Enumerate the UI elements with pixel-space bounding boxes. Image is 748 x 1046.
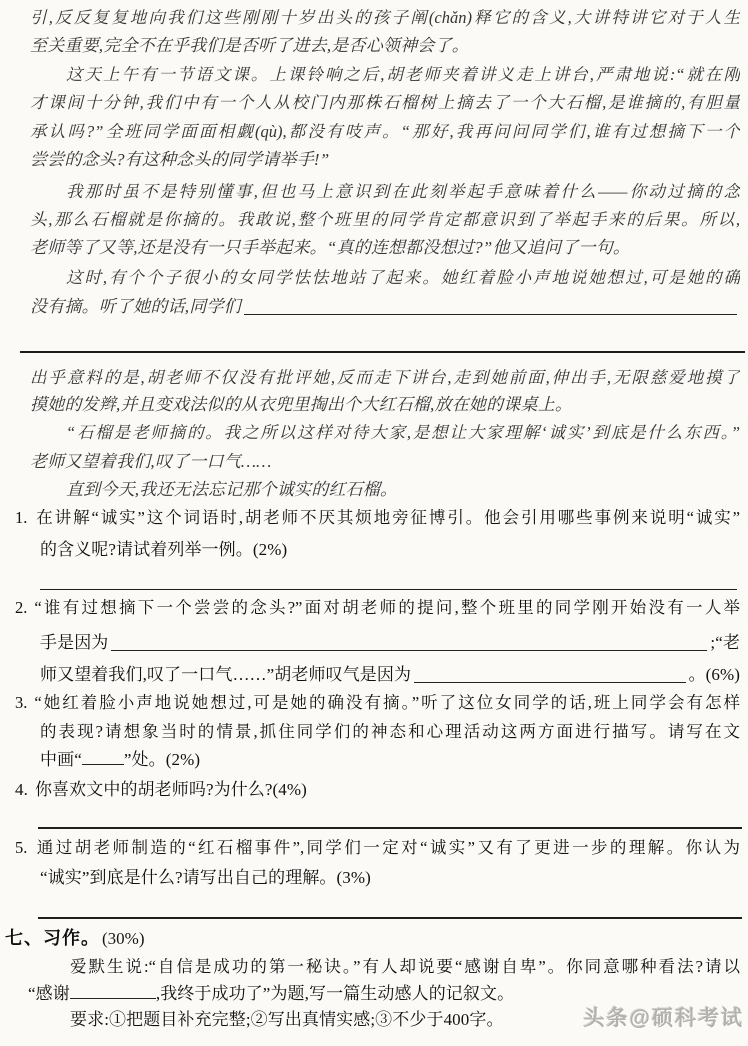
essay-text: ,我终于成功了”为题,写一篇生动感人的记叙文。 [156,984,514,1003]
question-3-line-2: 的表现?请想象当时的情景,抓住同学们的神态和心理活动这两方面进行描写。请写在文 [40,718,740,746]
passage-line: 出乎意料的是,胡老师不仅没有批评她,反而走下讲台,走到她前面,伸出手,无限慈爱地… [30,364,740,392]
fill-in-blank [82,763,124,765]
question-text: “她红着脸小声地说她想过,可是她的确没有摘。”听了这位女同学的话,班上同学会有怎… [34,693,740,712]
question-2-line-3: 师又望着我们,叹了一口气……”胡老师叹气是因为 。(6%) [40,661,740,689]
watermark: 头条@硕科考试 [584,1002,744,1032]
passage-line: 尝尝的念头?有这种念头的同学请举手!” [30,146,329,174]
section-7-heading: 七、习作。(30%) [5,923,144,953]
question-1-line-2: 的含义呢?请试着列举一例。(2%) [40,536,287,564]
question-text: 师又望着我们,叹了一口气……”胡老师叹气是因为 [40,661,411,689]
question-3-line-1: 3.“她红着脸小声地说她想过,可是她的确没有摘。”听了这位女同学的话,班上同学会… [15,689,740,717]
question-text: 你喜欢文中的胡老师吗?为什么?(4%) [35,780,307,799]
answer-line [38,917,742,919]
answer-line [20,351,745,353]
question-1-line-1: 1.在讲解“诚实”这个词语时,胡老师不厌其烦地旁征博引。他会引用哪些事例来说明“… [15,504,740,532]
question-text: ;“老 [710,629,740,657]
question-text: 在讲解“诚实”这个词语时,胡老师不厌其烦地旁征博引。他会引用哪些事例来说明“诚实… [34,508,740,527]
passage-line: 引,反反复复地向我们这些刚刚十岁出头的孩子阐(chǎn)释它的含义,大讲特讲它对… [30,4,740,32]
question-3-line-3: 中画“”处。(2%) [40,746,200,774]
passage-line: 老师又望着我们,叹了一口气…… [30,448,271,476]
passage-line: 直到今天,我还无法忘记那个诚实的红石榴。 [66,476,397,504]
fill-in-blank [70,997,156,999]
question-number: 5. [15,838,34,857]
question-number: 2. [15,598,34,617]
passage-line: 这天上午有一节语文课。上课铃响之后,胡老师夹着讲义走上讲台,严肃地说:“就在刚 [66,61,740,89]
passage-line: 头,那么石榴就是你摘的。我敢说,整个班里的同学肯定都意识到了举起手来的后果。所以… [30,206,740,234]
passage-line: 至关重要,完全不在乎我们是否听了进去,是否心领神会了。 [30,32,469,60]
essay-text: “感谢 [28,984,70,1003]
passage-line: “石榴是老师摘的。我之所以这样对待大家,是想让大家理解‘诚实’到底是什么东西。” [66,419,740,447]
section-title: 七、习作。 [5,928,100,948]
essay-prompt-line-1: 爱默生说:“自信是成功的第一秘诀。”有人却说要“感谢自卑”。你同意哪种看法?请以 [70,953,740,981]
section-score: (30%) [100,929,144,948]
passage-line: 才课间十分钟,我们中有一个人从校门内那株石榴树上摘去了一个大石榴,是谁摘的,有胆… [30,89,740,117]
essay-prompt-line-2: “感谢,我终于成功了”为题,写一篇生动感人的记叙文。 [28,980,514,1008]
fill-in-blank [414,682,685,683]
answer-line [38,827,742,829]
question-4-line-1: 4.你喜欢文中的胡老师吗?为什么?(4%) [15,776,307,804]
answer-line [40,589,737,590]
question-text: 手是因为 [40,629,108,657]
fill-in-blank [111,650,707,651]
passage-line: 老师等了又等,还是没有一只手举起来。“真的连想都没想过?”他又追问了一句。 [30,234,630,262]
fill-in-blank [244,314,737,315]
question-text: ”处。(2%) [124,750,200,769]
question-number: 4. [15,780,35,799]
question-number: 3. [15,693,34,712]
question-text: “谁有过想摘下一个尝尝的念头?”面对胡老师的提问,整个班里的同学刚开始没有一人举 [34,598,740,617]
question-5-line-2: “诚实”到底是什么?请写出自己的理解。(3%) [40,864,371,892]
question-text: 。(6%) [689,661,740,689]
question-number: 1. [15,508,34,527]
question-2-line-1: 2.“谁有过想摘下一个尝尝的念头?”面对胡老师的提问,整个班里的同学刚开始没有一… [15,594,740,622]
passage-line-with-blank: 没有摘。听了她的话,同学们 [30,293,740,321]
passage-line: 摸她的发辫,并且变戏法似的从衣兜里掏出个大红石榴,放在她的课桌上。 [30,391,572,419]
essay-requirements-line: 要求:①把题目补充完整;②写出真情实感;③不少于400字。 [70,1006,504,1034]
question-text: 通过胡老师制造的“红石榴事件”,同学们一定对“诚实”又有了更进一步的理解。你认为 [34,838,740,857]
exam-page: 引,反反复复地向我们这些刚刚十岁出头的孩子阐(chǎn)释它的含义,大讲特讲它对… [0,0,748,1046]
question-text: 中画“ [40,750,82,769]
passage-line: 这时,有个个子很小的女同学怯怯地站了起来。她红着脸小声地说她想过,可是她的确 [66,264,740,292]
passage-line: 承认吗?”全班同学面面相觑(qù),都没有吱声。“那好,我再问问同学们,谁有过想… [30,118,740,146]
passage-text: 没有摘。听了她的话,同学们 [30,293,241,321]
passage-line: 我那时虽不是特别懂事,但也马上意识到在此刻举起手意味着什么——你动过摘的念 [66,178,740,206]
question-2-line-2: 手是因为 ;“老 [40,629,740,657]
question-5-line-1: 5.通过胡老师制造的“红石榴事件”,同学们一定对“诚实”又有了更进一步的理解。你… [15,834,740,862]
